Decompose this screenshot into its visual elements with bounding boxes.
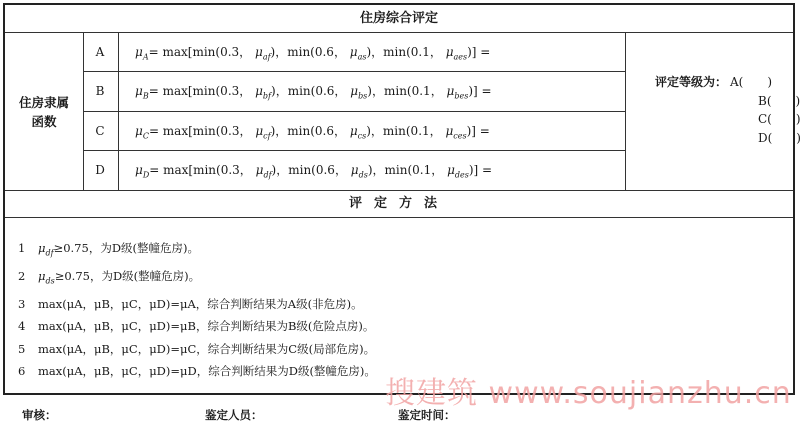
rule-item: 4max(μA，μB，μC，μD)=μB，综合判断结果为B级(危险点房)。 [18,315,376,338]
formula-a: μA= max[min(0.3， μaf)，min(0.6， μas)，min(… [135,33,615,72]
method-rules: 1μdf≥0.75，为D级(整幢危房)。 2μds≥0.75，为D级(整幢危房)… [18,237,376,383]
rule-item: 6max(μA，μB，μC，μD)=μD，综合判断结果为D级(整幢危房)。 [18,360,376,383]
row-letter-b: B [85,72,115,111]
rule-item: 3max(μA，μB，μC，μD)=μA，综合判断结果为A级(非危房)。 [18,293,376,316]
grade-option-c[interactable]: C( ) [758,110,800,129]
label-line-1: 住房隶属 [19,93,69,112]
divider [5,217,793,218]
footer-appraiser: 鉴定人员： [205,407,263,423]
footer-date: 鉴定时间： [398,407,456,423]
footer-review: 审核： [22,407,57,423]
divider [625,32,626,190]
formula-d: μD= max[min(0.3， μdf)，min(0.6， μds)，min(… [135,151,615,190]
grade-label: 评定等级为： [655,75,727,89]
rule-item: 5max(μA，μB，μC，μD)=μC，综合判断结果为C级(局部危房)。 [18,338,376,361]
method-title: 评定方法 [5,190,793,217]
rule-item: 2μds≥0.75，为D级(整幢危房)。 [18,265,376,293]
row-letter-a: A [85,33,115,72]
grade-selection: 评定等级为：A( ) B( ) C( ) D( ) [655,73,800,147]
formula-c: μC= max[min(0.3， μcf)，min(0.6， μcs)，min(… [135,112,615,151]
row-letter-d: D [85,151,115,190]
formula-b: μB= max[min(0.3， μbf)，min(0.6， μbs)，min(… [135,72,615,111]
rule-item: 1μdf≥0.75，为D级(整幢危房)。 [18,237,376,265]
table-title: 住房综合评定 [5,5,793,33]
grade-option-a[interactable]: A( ) [730,75,772,89]
watermark: 搜建筑 www.soujianzhu.cn [385,368,792,412]
membership-function-label: 住房隶属 函数 [5,33,83,190]
grade-option-b[interactable]: B( ) [758,92,800,111]
grade-option-d[interactable]: D( ) [758,129,800,148]
row-letter-c: C [85,112,115,151]
label-line-2: 函数 [31,112,56,131]
